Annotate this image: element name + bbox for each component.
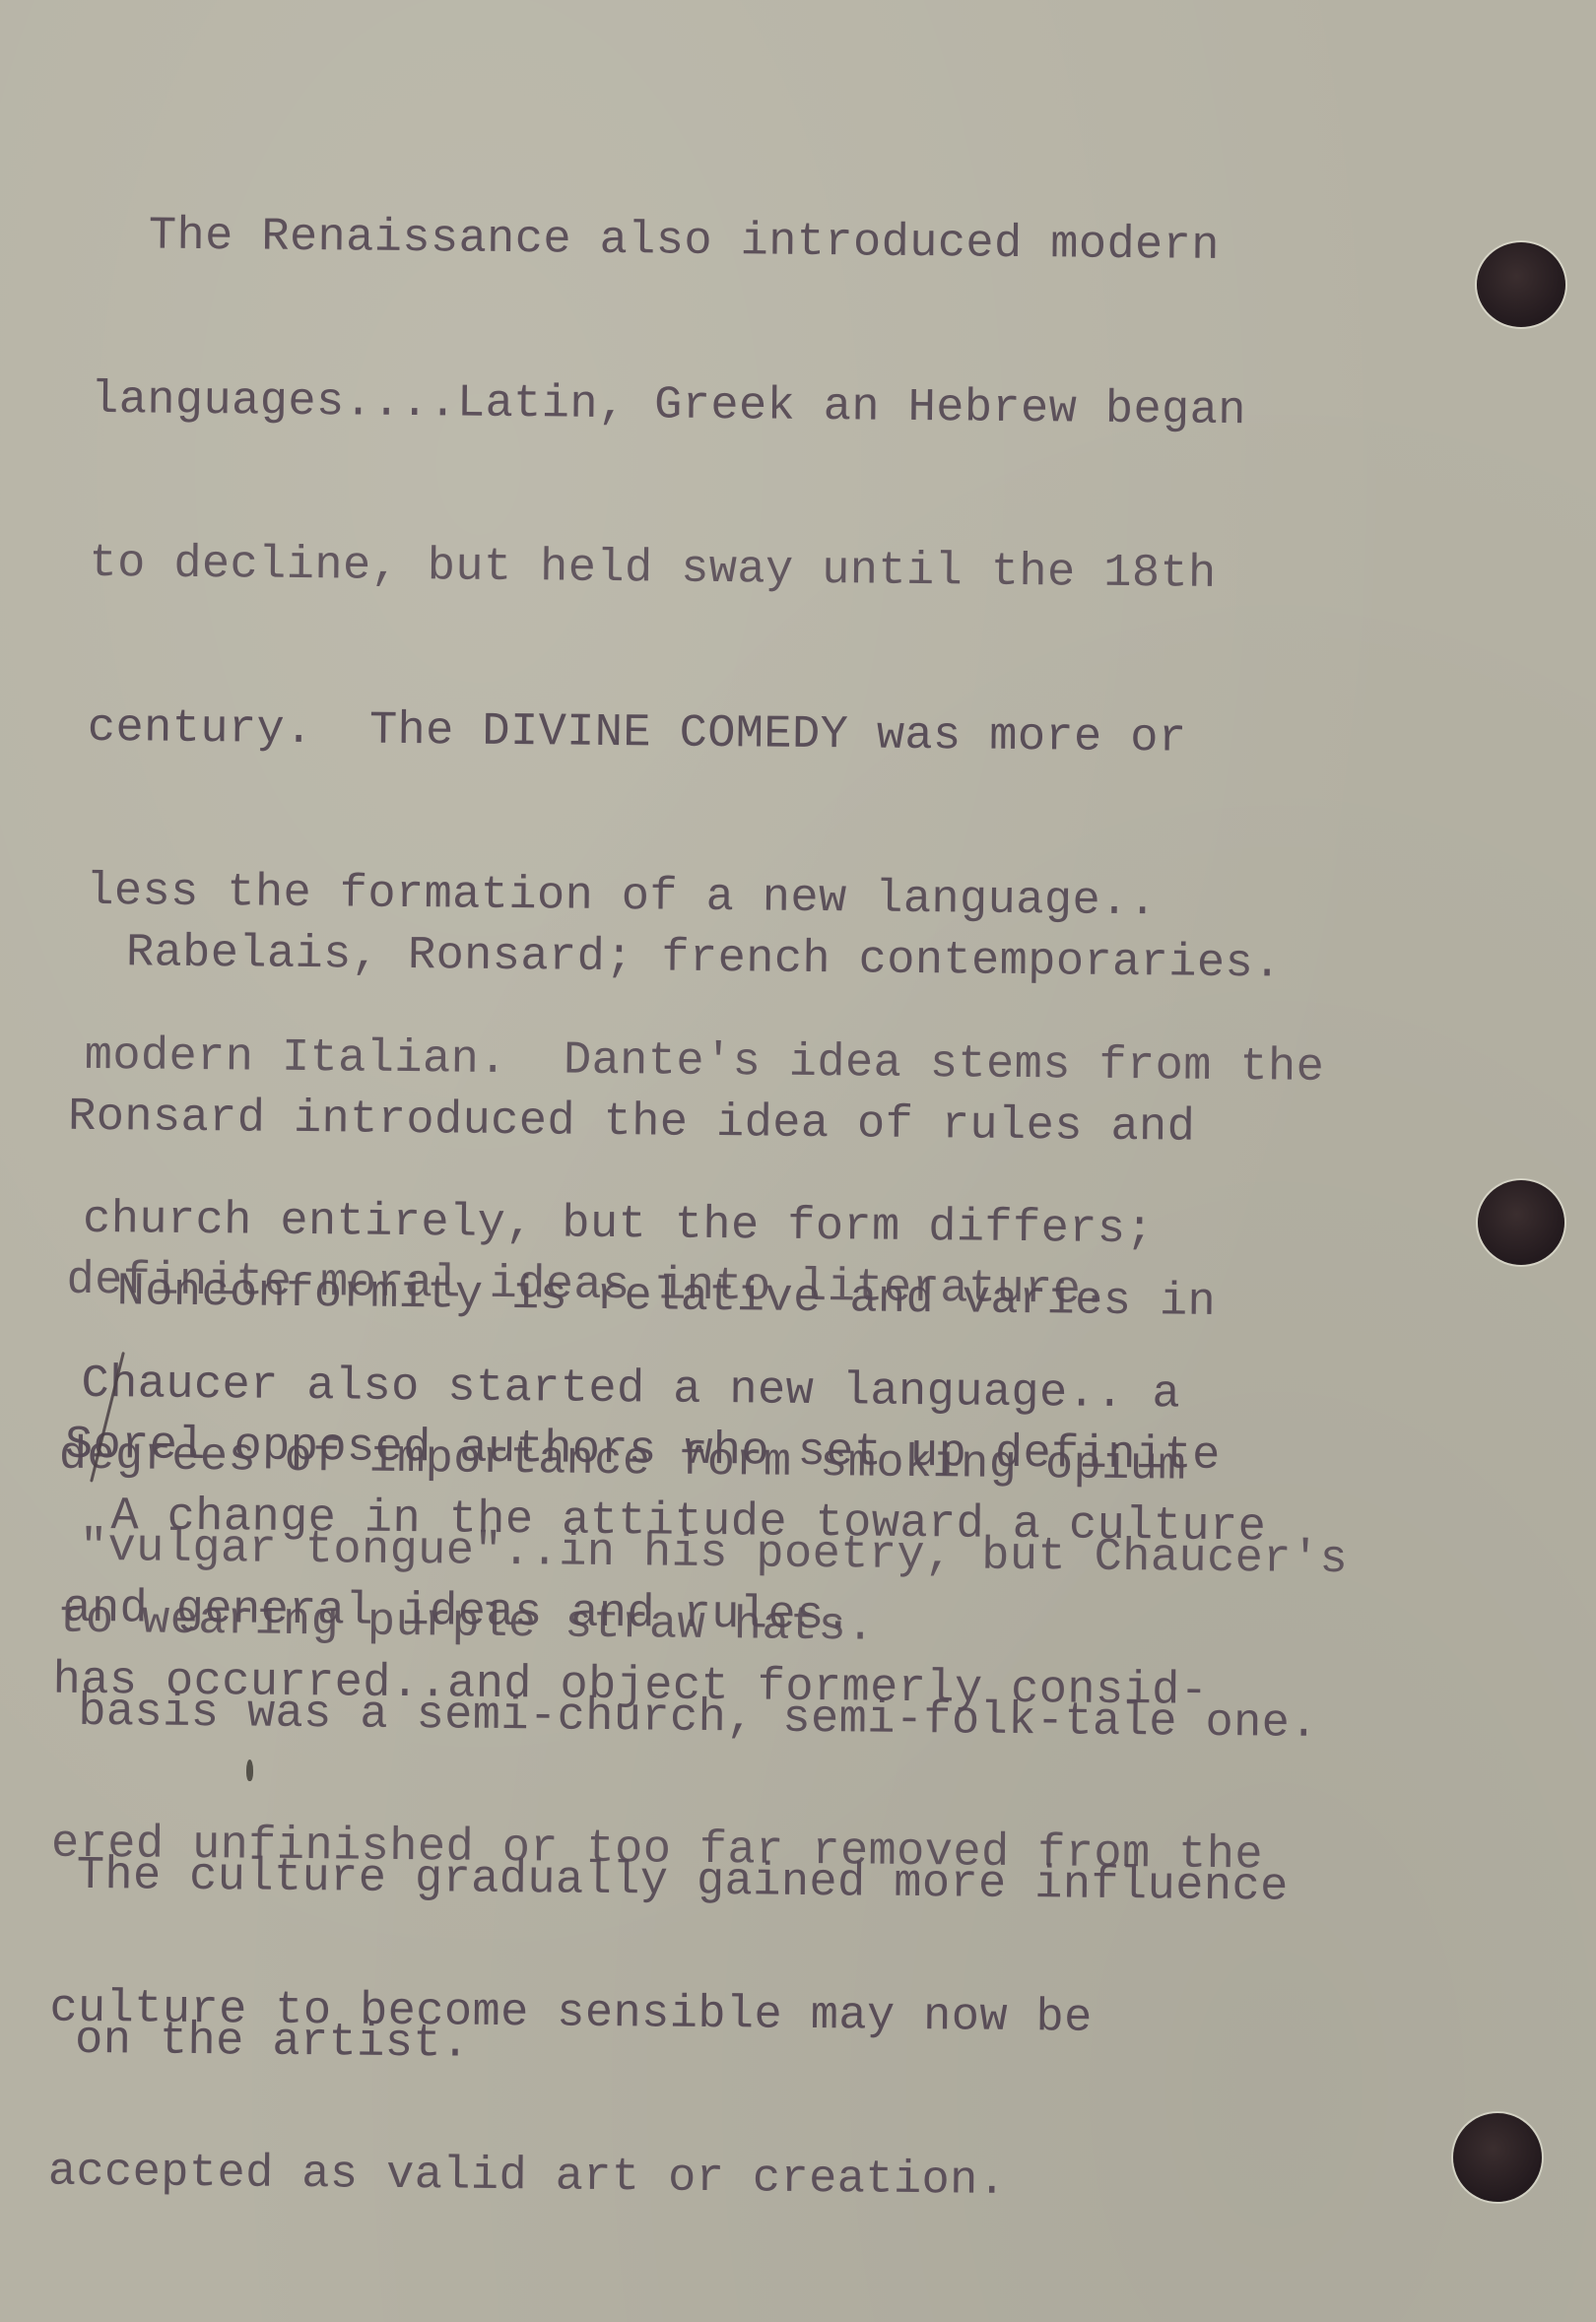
typewritten-text: The Renaissance also introduced modern l… xyxy=(0,0,1596,453)
punch-hole-icon xyxy=(1453,2113,1542,2202)
text-line: culture to become sensible may now be xyxy=(49,1981,1261,2047)
text-line: century. The DIVINE COMEDY was more or xyxy=(88,700,1357,767)
text-line: has occurred..and object formerly consid… xyxy=(52,1653,1264,1719)
text-line: Ronsard introduced the idea of rules and xyxy=(68,1090,1280,1156)
text-line: to decline, but held sway until the 18th xyxy=(89,537,1358,604)
text-line: A change in the attitude toward a cultur… xyxy=(54,1490,1266,1556)
ink-speck xyxy=(246,1759,253,1781)
text-line: The Renaissance also introduced modern xyxy=(92,209,1361,276)
punch-hole-icon xyxy=(1478,1180,1564,1265)
text-line: Nonconformity is relative and varies in xyxy=(60,1265,1216,1331)
text-line: Rabelais, Ronsard; french contemporaries… xyxy=(69,926,1281,992)
paragraph-change-in-attitude: A change in the attitude toward a cultur… xyxy=(47,1380,1268,2321)
text-line: languages....Latin, Greek an Hebrew bega… xyxy=(91,372,1360,439)
text-line: ered unfinished or too far removed from … xyxy=(51,1818,1263,1884)
punch-hole-icon xyxy=(1477,242,1565,327)
text-line: accepted as valid art or creation. xyxy=(48,2146,1260,2212)
